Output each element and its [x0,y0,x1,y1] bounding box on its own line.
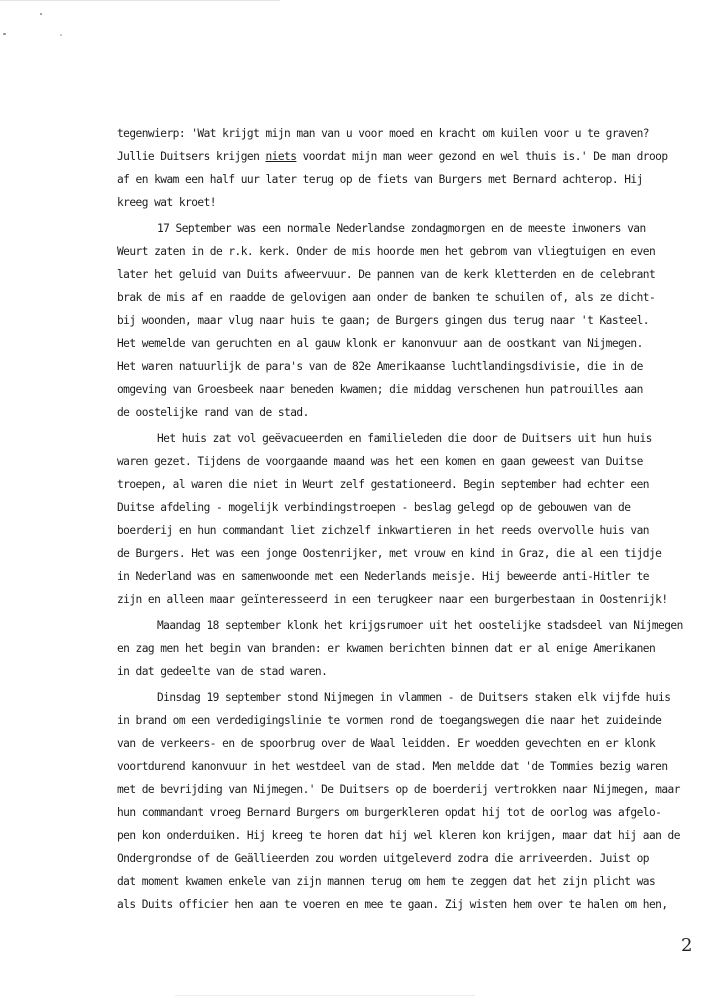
text-line: in dat gedeelte van de stad waren. [117,660,677,683]
scan-speck [40,13,42,15]
text-line: af en kwam een half uur later terug op d… [117,168,677,191]
text-line: later het geluid van Duits afweervuur. D… [117,263,677,286]
body-text: tegenwierp: 'Wat krijgt mijn man van u v… [117,122,677,919]
text-line: voortdurend kanonvuur in het westdeel va… [117,755,677,778]
text-line: hun commandant vroeg Bernard Burgers om … [117,801,677,824]
text-line: omgeving van Groesbeek naar beneden kwam… [117,378,677,401]
text-line: van de verkeers- en de spoorbrug over de… [117,732,677,755]
text-line: Het waren natuurlijk de para's van de 82… [117,355,677,378]
text-line: de oostelijke rand van de stad. [117,401,677,424]
text-line: in brand om een verdedigingslinie te vor… [117,709,677,732]
text-line: pen kon onderduiken. Hij kreeg te horen … [117,824,677,847]
text-line: en zag men het begin van branden: er kwa… [117,637,677,660]
text-line: tegenwierp: 'Wat krijgt mijn man van u v… [117,122,677,145]
text-line: boerderij en hun commandant liet zichzel… [117,519,677,542]
paragraph: 17 September was een normale Nederlandse… [117,217,677,424]
text-line: brak de mis af en raadde de gelovigen aa… [117,286,677,309]
text-line: Weurt zaten in de r.k. kerk. Onder de mi… [117,240,677,263]
paragraph: Het huis zat vol geëvacueerden en famili… [117,427,677,611]
text-line: de Burgers. Het was een jonge Oostenrijk… [117,542,677,565]
text-line: Maandag 18 september klonk het krijgsrum… [117,614,677,637]
text-line: Jullie Duitsers krijgen niets voordat mi… [117,145,677,168]
underlined-word: niets [265,150,296,163]
text-line: Het huis zat vol geëvacueerden en famili… [117,427,677,450]
text-segment: voordat mijn man weer gezond en wel thui… [296,150,667,163]
text-line: waren gezet. Tijdens de voorgaande maand… [117,450,677,473]
text-line: troepen, al waren die niet in Weurt zelf… [117,473,677,496]
paragraph: Dinsdag 19 september stond Nijmegen in v… [117,686,677,916]
paragraph: Maandag 18 september klonk het krijgsrum… [117,614,677,683]
page-number: 2 [681,935,692,956]
text-line: zijn en alleen maar geïnteresseerd in ee… [117,588,677,611]
scan-speck [60,34,62,36]
text-line: Dinsdag 19 september stond Nijmegen in v… [117,686,677,709]
text-line: met de bevrijding van Nijmegen.' De Duit… [117,778,677,801]
text-line: Ondergrondse of de Geällieerden zou word… [117,847,677,870]
text-line: als Duits officier hen aan te voeren en … [117,893,677,916]
text-line: Duitse afdeling - mogelijk verbindingstr… [117,496,677,519]
document-page: tegenwierp: 'Wat krijgt mijn man van u v… [0,0,707,1000]
text-line: bij woonden, maar vlug naar huis te gaan… [117,309,677,332]
scan-edge-line [175,995,475,996]
text-line: 17 September was een normale Nederlandse… [117,217,677,240]
scan-speck [3,33,6,35]
text-segment: Jullie Duitsers krijgen [117,150,265,163]
scan-edge-line [0,0,280,1]
text-line: kreeg wat kroet! [117,191,677,214]
text-line: Het wemelde van geruchten en al gauw klo… [117,332,677,355]
text-line: in Nederland was en samenwoonde met een … [117,565,677,588]
paragraph: tegenwierp: 'Wat krijgt mijn man van u v… [117,122,677,214]
text-line: dat moment kwamen enkele van zijn mannen… [117,870,677,893]
